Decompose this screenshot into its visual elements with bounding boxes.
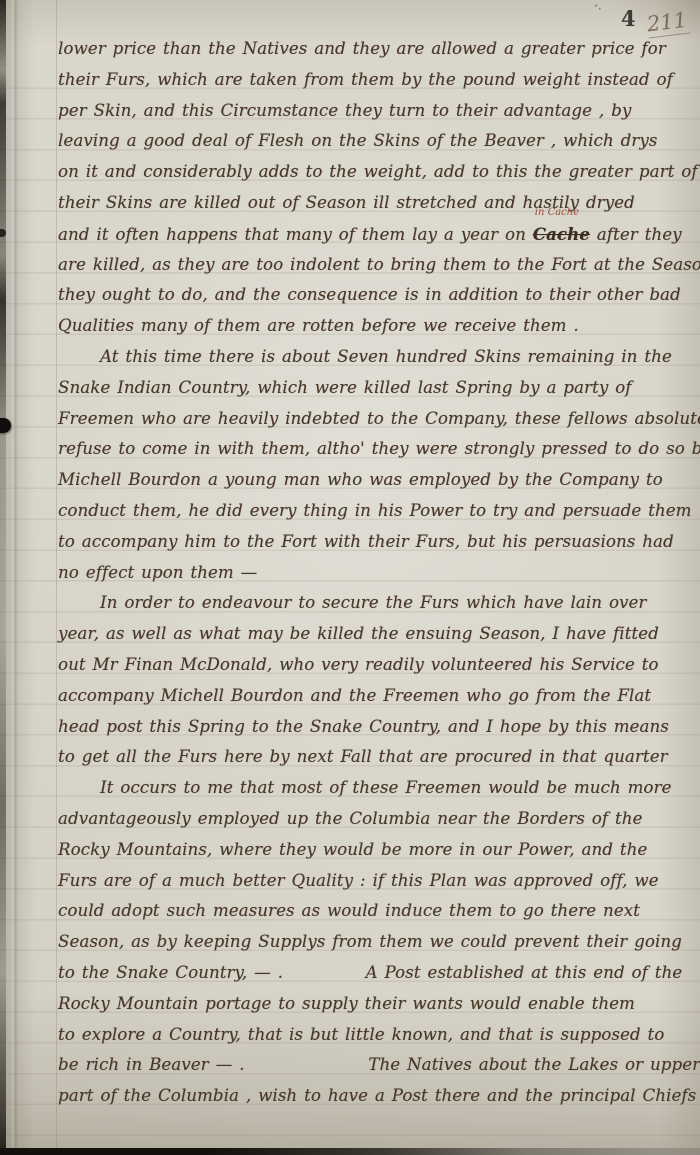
struck-word: Cache xyxy=(533,224,590,244)
manuscript-line: to the Snake Country, — . A Post establi… xyxy=(58,958,694,989)
margin-rule-line xyxy=(56,0,57,1155)
page-number-printed: 4 xyxy=(621,6,637,31)
manuscript-line: advantageously employed up the Columbia … xyxy=(58,804,694,835)
manuscript-line: refuse to come in with them, altho' they… xyxy=(58,434,694,465)
manuscript-line: out Mr Finan McDonald, who very readily … xyxy=(58,650,694,681)
corrected-word: in CacheCache xyxy=(533,219,590,251)
manuscript-line: conduct them, he did every thing in his … xyxy=(58,496,694,527)
text-block: lower price than the Natives and they ar… xyxy=(58,34,694,1112)
manuscript-line: leaving a good deal of Flesh on the Skin… xyxy=(58,126,694,157)
manuscript-line: are killed, as they are too indolent to … xyxy=(58,250,694,281)
manuscript-line: on it and considerably adds to the weigh… xyxy=(58,157,694,188)
binding-edge xyxy=(0,0,6,1155)
manuscript-page: ʻ· 4 211 lower price than the Natives an… xyxy=(0,0,700,1155)
fold-crease xyxy=(12,0,18,1155)
manuscript-line: Season, as by keeping Supplys from them … xyxy=(58,927,694,958)
manuscript-line: year, as well as what may be killed the … xyxy=(58,619,694,650)
manuscript-line: to explore a Country, that is but little… xyxy=(58,1020,694,1051)
manuscript-line: they ought to do, and the consequence is… xyxy=(58,280,694,311)
manuscript-line: Michell Bourdon a young man who was empl… xyxy=(58,465,694,496)
red-ink-correction: in Cache xyxy=(535,208,579,218)
line-segment: after they xyxy=(590,225,682,244)
manuscript-line: to accompany him to the Fort with their … xyxy=(58,527,694,558)
scan-bottom-edge xyxy=(0,1148,700,1155)
manuscript-line: their Furs, which are taken from them by… xyxy=(58,65,694,96)
manuscript-line: no effect upon them — xyxy=(58,558,694,589)
ink-blot xyxy=(0,418,11,433)
manuscript-line: Qualities many of them are rotten before… xyxy=(58,311,694,342)
manuscript-line: At this time there is about Seven hundre… xyxy=(58,342,694,373)
manuscript-line: be rich in Beaver — . The Natives about … xyxy=(58,1050,694,1081)
manuscript-line: to get all the Furs here by next Fall th… xyxy=(58,742,694,773)
manuscript-line: per Skin, and this Circumstance they tur… xyxy=(58,96,694,127)
manuscript-line: accompany Michell Bourdon and the Freeme… xyxy=(58,681,694,712)
line-segment: and it often happens that many of them l… xyxy=(58,225,533,244)
manuscript-line: It occurs to me that most of these Freem… xyxy=(58,773,694,804)
manuscript-line: Rocky Mountains, where they would be mor… xyxy=(58,835,694,866)
manuscript-line: Freemen who are heavily indebted to the … xyxy=(58,404,694,435)
manuscript-line: part of the Columbia , wish to have a Po… xyxy=(58,1081,694,1112)
manuscript-line: In order to endeavour to secure the Furs… xyxy=(58,588,694,619)
manuscript-line: head post this Spring to the Snake Count… xyxy=(58,712,694,743)
manuscript-line: could adopt such measures as would induc… xyxy=(58,896,694,927)
manuscript-line: and it often happens that many of them l… xyxy=(58,219,694,250)
manuscript-line: lower price than the Natives and they ar… xyxy=(58,34,694,65)
manuscript-line: Snake Indian Country, which were killed … xyxy=(58,373,694,404)
manuscript-line: Rocky Mountain portage to supply their w… xyxy=(58,989,694,1020)
manuscript-line: their Skins are killed out of Season ill… xyxy=(58,188,694,219)
pencil-corner-mark: ʻ· xyxy=(594,2,602,16)
manuscript-line: Furs are of a much better Quality : if t… xyxy=(58,866,694,897)
